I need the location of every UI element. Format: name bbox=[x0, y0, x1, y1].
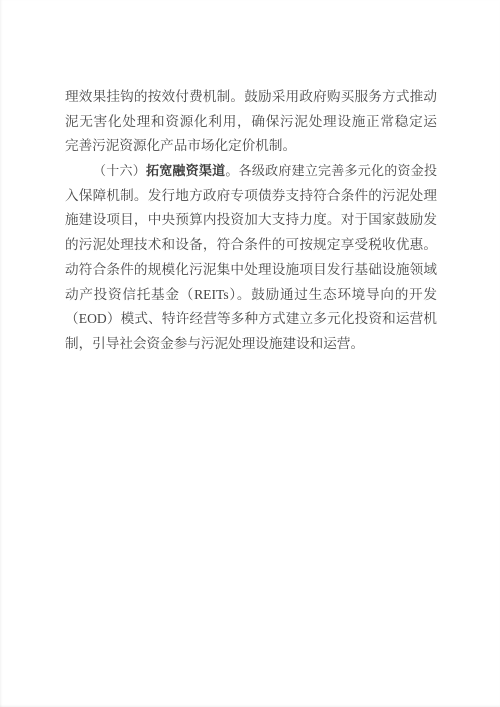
paragraph2-line-4: 的污泥处理技术和设备，符合条件的可按规定享受税收优惠。推 bbox=[65, 233, 437, 258]
paragraph2-heading-line: （十六）拓宽融资渠道。各级政府建立完善多元化的资金投 bbox=[65, 159, 437, 184]
paragraph1-line-2: 泥无害化处理和资源化利用，确保污泥处理设施正常稳定运行。 bbox=[65, 110, 437, 135]
paragraph2-line-2: 入保障机制。发行地方政府专项债券支持符合条件的污泥处理设 bbox=[65, 184, 437, 209]
paragraph2-line-5: 动符合条件的规模化污泥集中处理设施项目发行基础设施领域不 bbox=[65, 258, 437, 283]
section-title: 拓宽融资渠道 bbox=[146, 163, 225, 178]
paragraph2-line-3: 施建设项目，中央预算内投资加大支持力度。对于国家鼓励发展 bbox=[65, 208, 437, 233]
paragraph2-line-7: （EOD）模式、特许经营等多种方式建立多元化投资和运营机 bbox=[65, 307, 437, 332]
paragraph1-line-1: 理效果挂钩的按效付费机制。鼓励采用政府购买服务方式推动污 bbox=[65, 85, 437, 110]
document-text-block: 理效果挂钩的按效付费机制。鼓励采用政府购买服务方式推动污 泥无害化处理和资源化利… bbox=[65, 85, 437, 357]
section-heading-rest: 。各级政府建立完善多元化的资金投 bbox=[225, 163, 437, 178]
document-page: 理效果挂钩的按效付费机制。鼓励采用政府购买服务方式推动污 泥无害化处理和资源化利… bbox=[0, 0, 500, 707]
paragraph1-line-3: 完善污泥资源化产品市场化定价机制。 bbox=[65, 134, 437, 159]
paragraph2-line-8: 制，引导社会资金参与污泥处理设施建设和运营。 bbox=[65, 332, 437, 357]
section-number: （十六） bbox=[93, 163, 146, 178]
paragraph2-line-6: 动产投资信托基金（REITs）。鼓励通过生态环境导向的开发 bbox=[65, 283, 437, 308]
